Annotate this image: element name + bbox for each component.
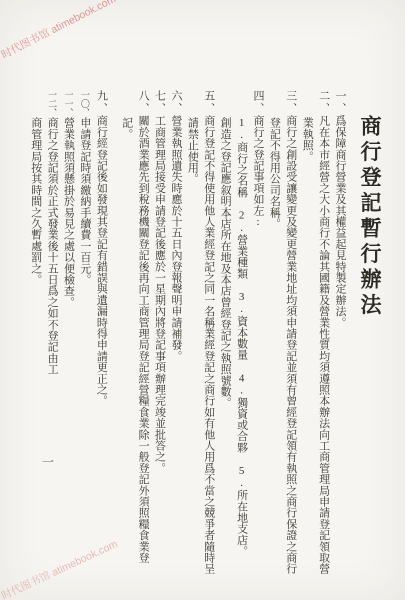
- item-number: 三、: [285, 90, 297, 115]
- item-11-line-1: 一一、營業執照須懸掛於易見之處以便檢查。: [60, 90, 76, 592]
- watermark-top: 时代图书馆 atimebook.com: [0, 0, 118, 62]
- item-number: 七、: [154, 90, 166, 115]
- item-number: 一〇、: [80, 90, 90, 117]
- item-9-line-1: 九、商行經登記後如發現其登記有錯誤與遺漏時得申請更正之。: [93, 90, 109, 592]
- item-8-line-2: 記。: [118, 90, 134, 592]
- document-page: 时代图书馆 atimebook.com 商行登記暫行辦法 一、爲保障商行營業及其…: [0, 0, 405, 600]
- item-12-line-2: 商管理局按其時間之久暫處罰之。: [27, 90, 43, 592]
- item-2-line-1: 二、凡在本市經營之大小商行不論其國籍及營業性質均須遵照本辦法向工商管理局申請登記…: [315, 90, 331, 592]
- item-4-line-3: 創造之登記應叙明本店所在地及本店曾經登記之執照號數。: [217, 90, 233, 592]
- item-10-line-1: 一〇、申請登記時須繳納手續費一百元。: [77, 90, 93, 592]
- item-1-line-1: 一、爲保障商行營業及其權益起見特製定辦法。: [332, 90, 348, 592]
- item-8-line-1: 八、關於酒業應先到稅務機關登記後再向工商管理局登記經營糧食業除一般登記外須照糧食…: [135, 90, 151, 592]
- item-number: 一一、: [64, 90, 74, 117]
- item-4-line-1: 四、商行之登記事項如左:: [250, 90, 266, 592]
- item-number: 二、: [318, 90, 330, 115]
- document-title: 商行登記暫行辦法: [351, 90, 389, 592]
- item-number: 一二、: [47, 90, 57, 117]
- item-5-line-1: 五、商行登記不得使用他人業經登記之同一名稱業經登記之商行如有他人用爲不當之競爭者…: [200, 90, 216, 592]
- item-2-line-2: 業執照。: [299, 90, 315, 592]
- item-7-line-1: 七、工商管理局接受申請登記後應於一星期內將登記事項辦理完竣並批答之。: [151, 90, 167, 592]
- item-4-line-2: 1.商行之名稱 2.營業種類 3.資本數量 4.獨資或合夥 5.所在地支店。: [233, 90, 249, 592]
- item-12-line-1: 一二、商行之登記須於正式發業後十五日爲之如不登記由工: [44, 90, 60, 592]
- item-5-line-2: 請禁止使用。: [184, 90, 200, 592]
- item-number: 五、: [203, 90, 215, 115]
- item-number: 四、: [252, 90, 264, 115]
- item-6-line-1: 六、營業執照遺失時應於十五日內登報聲明申請補發。: [168, 90, 184, 592]
- text-columns: 商行登記暫行辦法 一、爲保障商行營業及其權益起見特製定辦法。二、凡在本市經營之大…: [27, 90, 389, 592]
- item-3-line-2: 登記不得用公司名稱。: [266, 90, 282, 592]
- item-number: 八、: [137, 90, 149, 115]
- item-number: 九、: [95, 90, 107, 115]
- page-number: 一: [42, 453, 54, 470]
- item-number: 六、: [170, 90, 182, 115]
- item-3-line-1: 三、商行之創設受讓變更及變更營業地址均須申請登記並須有曾經登記領有執照之商行保證…: [282, 90, 298, 592]
- item-number: 一、: [334, 90, 346, 115]
